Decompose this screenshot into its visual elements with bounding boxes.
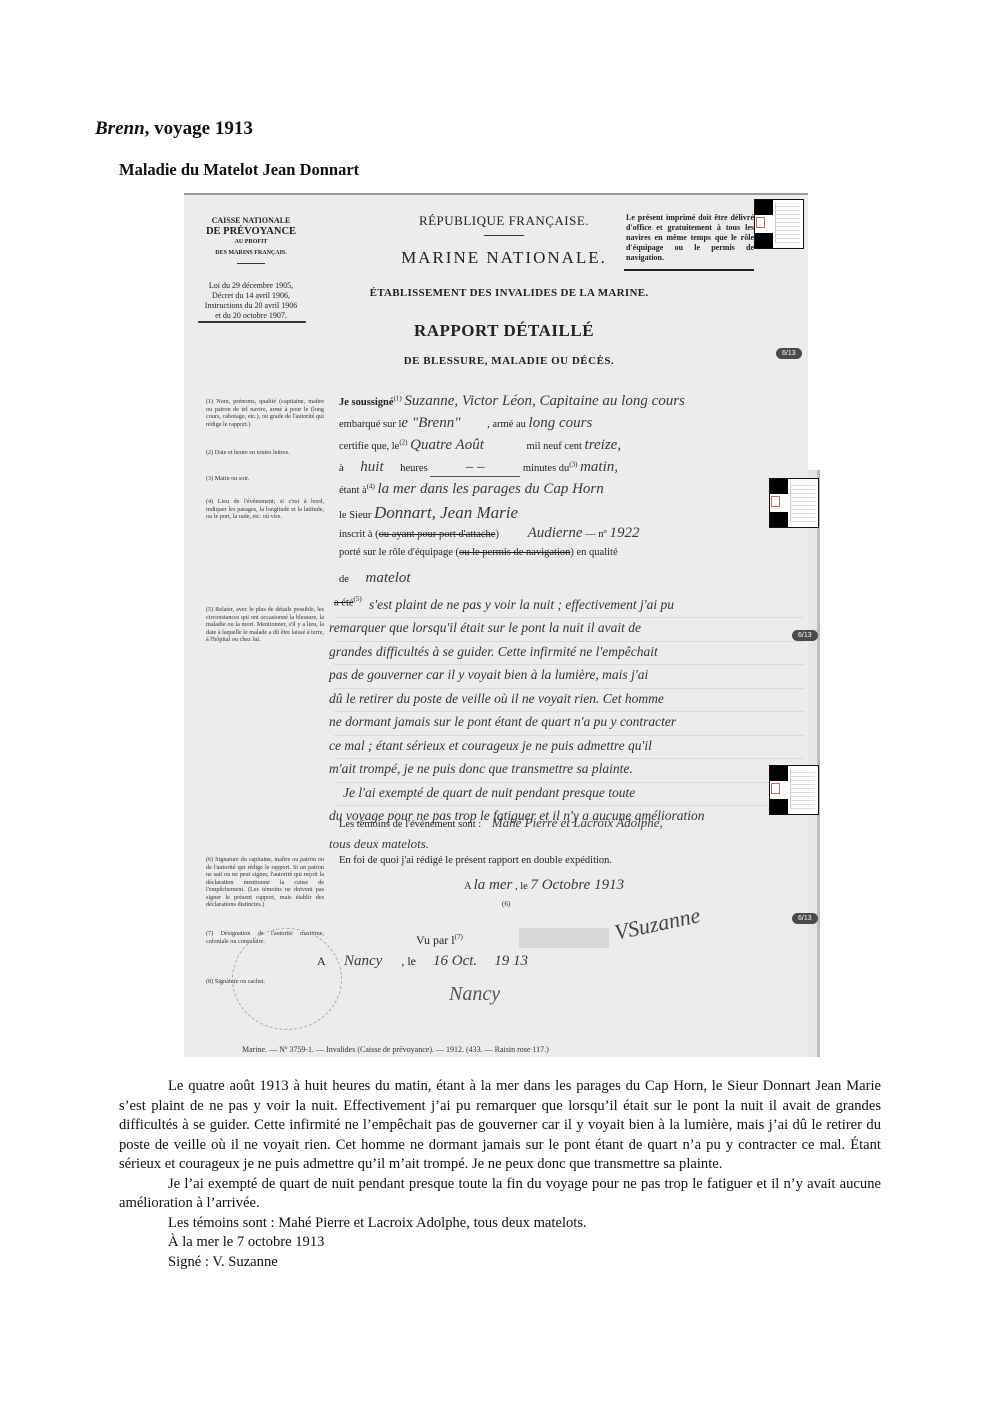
form-line-sieur: le Sieur Donnart, Jean Marie: [339, 503, 518, 523]
form-line-etant: étant à(4) la mer dans les parages du Ca…: [339, 481, 604, 498]
handwritten-value: Audierne: [528, 525, 583, 541]
handwritten-value: la mer: [474, 877, 513, 893]
footnote-5: (5) Relater, avec le plus de détails pos…: [206, 606, 324, 644]
struck-text: ou ayant pour port d'attache: [379, 529, 496, 540]
divider: [237, 263, 265, 264]
transcription: Le quatre août 1913 à huit heures du mat…: [119, 1077, 881, 1272]
footnote-1: (1) Nom, prénoms, qualité (capitaine, ma…: [206, 398, 324, 428]
handwritten-value: Donnart, Jean Marie: [374, 503, 518, 522]
transcription-place-date: À la mer le 7 octobre 1913: [119, 1233, 881, 1253]
label: A: [317, 954, 325, 968]
label: A: [464, 881, 471, 892]
scan-overlap-edge: [808, 470, 820, 1057]
handwritten-value: long cours: [529, 415, 593, 431]
marine-title: MARINE NATIONALE.: [379, 248, 629, 268]
label: à: [339, 463, 344, 474]
form-print-reference: Marine. — Nº 3759-1. — Invalides (Caisse…: [242, 1045, 549, 1054]
label: , le: [401, 954, 416, 968]
notice-text: Le présent imprimé doit être délivré d'o…: [626, 213, 754, 263]
label: ) en qualité: [570, 547, 617, 558]
form-line-aete: a été(5): [334, 595, 362, 609]
label: heures: [400, 463, 427, 474]
handwritten-value: treize,: [585, 437, 622, 453]
handwritten-value: Quatre Août: [410, 437, 484, 453]
faded-stamp: [519, 928, 609, 948]
handwritten-line: Je l'ai exempté de quart de nuit pendant…: [329, 781, 799, 805]
handwritten-value: – –: [430, 459, 520, 477]
handwritten-value: 19 13: [494, 953, 528, 969]
law-line: Instructions du 20 avril 1906: [192, 301, 310, 311]
handwritten-line: s'est plaint de ne pas y voir la nuit ; …: [369, 593, 809, 617]
divider: [624, 269, 754, 271]
transcription-paragraph: Le quatre août 1913 à huit heures du mat…: [119, 1077, 881, 1175]
page-heading: Brenn, voyage 1913: [95, 118, 253, 140]
divider: [198, 321, 306, 323]
handwritten-value: Nancy: [344, 953, 382, 969]
label: , armé au: [487, 419, 526, 430]
page-counter-badge: 6/13: [776, 348, 802, 359]
form-line-lieu-date: A la mer , le 7 Octobre 1913: [464, 877, 624, 894]
page-subheading: Maladie du Matelot Jean Donnart: [119, 160, 359, 180]
label: embarqué sur l: [339, 419, 401, 430]
ref: (7): [455, 933, 463, 941]
transcription-paragraph: Je l’ai exempté de quart de nuit pendant…: [119, 1175, 881, 1214]
handwritten-value: Mahé Pierre et Lacroix Adolphe,: [492, 815, 663, 830]
handwritten-narrative: s'est plaint de ne pas y voir la nuit ; …: [369, 593, 809, 617]
footnote-2: (2) Date et heure en toutes lettres.: [206, 449, 324, 457]
label: Je soussigné: [339, 397, 394, 408]
label: porté sur le rôle d'équipage (: [339, 547, 459, 558]
transcription-witnesses: Les témoins sont : Mahé Pierre et Lacroi…: [119, 1214, 881, 1234]
handwritten-value: huit: [360, 459, 383, 475]
label: étant à: [339, 485, 367, 496]
handwritten-line: ce mal ; étant sérieux et courageux je n…: [329, 734, 799, 758]
scan-top-border: [184, 193, 808, 195]
scanned-report-form: CAISSE NATIONALE DE PRÉVOYANCE AU PROFIT…: [184, 193, 808, 1057]
handwritten-value: 16 Oct.: [433, 953, 477, 969]
law-line: Loi du 29 décembre 1905,: [192, 281, 310, 291]
laws-references: Loi du 29 décembre 1905, Décret du 14 av…: [192, 281, 310, 321]
official-stamp: [232, 928, 342, 1030]
handwritten-value: 1922: [609, 525, 639, 541]
page-thumbnail-navigator[interactable]: [754, 199, 804, 249]
handwritten-value: tous deux matelots.: [329, 836, 429, 851]
label: certifie que, le: [339, 441, 399, 452]
rapport-title: RAPPORT DÉTAILLÉ: [379, 321, 629, 341]
form-line-temoins: Les témoins de l'événement sont : Mahé P…: [339, 815, 663, 831]
handwritten-value: matin,: [580, 459, 618, 475]
caisse-line1: CAISSE NATIONALE: [192, 215, 310, 226]
footnote-6: (6) Signature du capitaine, maître ou pa…: [206, 856, 324, 909]
caisse-header: CAISSE NATIONALE DE PRÉVOYANCE AU PROFIT…: [192, 215, 310, 268]
etablissement-title: ÉTABLISSEMENT DES INVALIDES DE LA MARINE…: [344, 287, 674, 299]
label: inscrit à (: [339, 529, 379, 540]
captain-signature: VSuzanne: [612, 902, 702, 945]
page-thumbnail-navigator[interactable]: [769, 765, 819, 815]
form-line-porte: porté sur le rôle d'équipage (ou le perm…: [339, 547, 618, 558]
form-line-certifie: certifie que, le(2) Quatre Août mil neuf…: [339, 437, 621, 454]
struck-text: ou le permis de navigation: [459, 547, 570, 558]
signature-ref: (6): [502, 900, 510, 908]
law-line: Décret du 14 avril 1906,: [192, 291, 310, 301]
label: Vu par l: [416, 933, 455, 947]
footnote-3: (3) Matin ou soir.: [206, 475, 324, 483]
caisse-line2: DE PRÉVOYANCE: [192, 226, 310, 237]
caisse-line3: AU PROFIT: [192, 237, 310, 248]
republique-text: RÉPUBLIQUE FRANÇAISE.: [379, 213, 629, 229]
label: minutes du: [523, 463, 569, 474]
handwritten-value: Suzanne, Victor Léon, Capitaine au long …: [404, 393, 685, 409]
page-thumbnail-navigator[interactable]: [769, 478, 819, 528]
handwritten-line: remarquer que lorsqu'il était sur le pon…: [329, 616, 799, 640]
form-line-embarque: embarqué sur le "Brenn" , armé au long c…: [339, 415, 592, 432]
authority-signature: Nancy: [449, 983, 500, 1006]
label: — nº: [585, 529, 607, 540]
caisse-line4: DES MARINS FRANÇAIS.: [192, 248, 310, 259]
handwritten-line: grandes difficultés à se guider. Cette i…: [329, 640, 799, 664]
label: mil neuf cent: [527, 441, 582, 452]
handwritten-value: matelot: [366, 570, 411, 586]
form-line-temoins-2: tous deux matelots.: [329, 836, 429, 852]
law-line: et du 20 octobre 1907.: [192, 311, 310, 321]
page-counter-badge: 6/13: [792, 630, 818, 641]
page-counter-badge: 6/13: [792, 913, 818, 924]
label: de: [339, 574, 349, 585]
label: Les témoins de l'événement sont :: [339, 819, 481, 830]
form-line-soussigne: Je soussigné(1) Suzanne, Victor Léon, Ca…: [339, 393, 685, 410]
handwritten-line: ne dormant jamais sur le pont étant de q…: [329, 710, 799, 734]
republique-title: RÉPUBLIQUE FRANÇAISE.: [379, 213, 629, 242]
heading-rest: , voyage 1913: [145, 118, 253, 139]
vu-par: Vu par l(7): [416, 933, 463, 948]
handwritten-line: pas de gouverner car il y voyait bien à …: [329, 663, 799, 687]
form-line-de: de matelot: [339, 570, 411, 587]
divider: [484, 235, 524, 236]
form-line-heures: à huit heures – – minutes du(3) matin,: [339, 459, 618, 477]
handwritten-line: m'ait trompé, je ne puis donc que transm…: [329, 757, 799, 781]
handwritten-narrative-cont: remarquer que lorsqu'il était sur le pon…: [329, 616, 799, 828]
blessure-subtitle: DE BLESSURE, MALADIE OU DÉCÈS.: [364, 355, 654, 367]
form-line-en-foi: En foi de quoi j'ai rédigé le présent ra…: [339, 855, 612, 866]
label: , le: [515, 881, 528, 892]
struck-text: a été: [334, 598, 354, 609]
handwritten-line: dû le retirer du poste de veille où il n…: [329, 687, 799, 711]
handwritten-value: e "Brenn": [401, 415, 460, 431]
transcription-signature: Signé : V. Suzanne: [119, 1253, 881, 1273]
handwritten-value: la mer dans les parages du Cap Horn: [378, 481, 604, 497]
label: le Sieur: [339, 510, 371, 521]
footnote-4: (4) Lieu de l'événement; si c'est à bord…: [206, 498, 324, 521]
vu-lieu-date: A Nancy , le 16 Oct. 19 13: [317, 953, 528, 970]
form-line-inscrit: inscrit à (ou ayant pour port d'attache)…: [339, 525, 639, 542]
handwritten-value: 7 Octobre 1913: [530, 877, 624, 893]
ship-name: Brenn: [95, 118, 145, 139]
